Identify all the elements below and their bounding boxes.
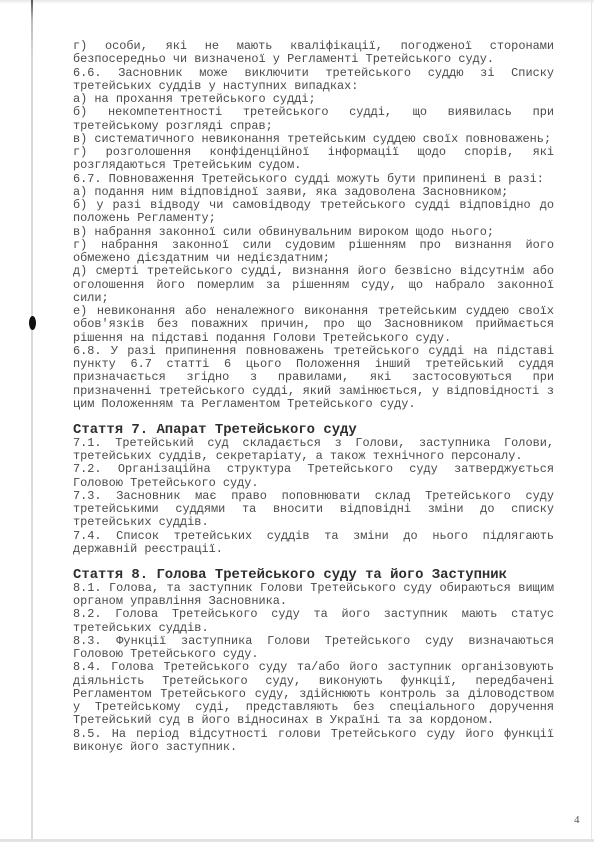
scan-top-shadow [0,0,594,4]
clause-6-6-g: г) розголошення конфіденційної інформаці… [73,146,554,173]
clause-6-6-a: а) на прохання третейського судді; [73,93,554,106]
clause-8-2: 8.2. Голова Третейського суду та його за… [73,608,554,635]
clause-6-7-g: г) набрання законної сили судовим рішенн… [73,239,554,266]
document-body: г) особи, які не мають кваліфікації, пог… [73,40,554,754]
clause-6-7-d: д) смерті третейського судді, визнання й… [73,265,554,305]
clause-6-5-g: г) особи, які не мають кваліфікації, пог… [73,40,554,67]
page-number: 4 [574,814,580,826]
clause-6-7-e: е) невиконання або неналежного виконання… [73,305,554,345]
clause-6-7-b: б) у разі відводу чи самовідводу третейс… [73,199,554,226]
clause-6-8: 6.8. У разі припинення повноважень трете… [73,345,554,411]
clause-7-1: 7.1. Третейський суд складається з Голов… [73,437,554,464]
clause-8-4: 8.4. Голова Третейського суду та/або йог… [73,661,554,727]
clause-7-2: 7.2. Організаційна структура Третейськог… [73,463,554,490]
clause-8-3: 8.3. Функції заступника Голови Третейськ… [73,635,554,662]
clause-8-5: 8.5. На період відсутності голови Третей… [73,728,554,755]
clause-6-7-v: в) набрання законної сили обвинувальним … [73,226,554,239]
scan-right-edge [591,0,592,842]
clause-8-1: 8.1. Голова, та заступник Голови Третейс… [73,582,554,609]
clause-6-7: 6.7. Повноваження Третейського судді мож… [73,173,554,186]
clause-6-6-b: б) некомпетентності третейського судді, … [73,106,554,133]
clause-6-6: 6.6. Засновник може виключити третейсько… [73,67,554,94]
hole-punch-mark [29,316,36,330]
clause-6-7-a: а) подання ним відповідної заяви, яка за… [73,186,554,199]
clause-7-3: 7.3. Засновник має право поповнювати скл… [73,490,554,530]
article-8-heading: Стаття 8. Голова Третейського суду та йо… [73,569,554,582]
clause-7-4: 7.4. Список третейських суддів та зміни … [73,530,554,557]
clause-6-6-v: в) систематичного невиконання третейськи… [73,133,554,146]
scan-left-edge [31,0,33,842]
article-7-heading: Стаття 7. Апарат Третейського суду [73,424,554,437]
